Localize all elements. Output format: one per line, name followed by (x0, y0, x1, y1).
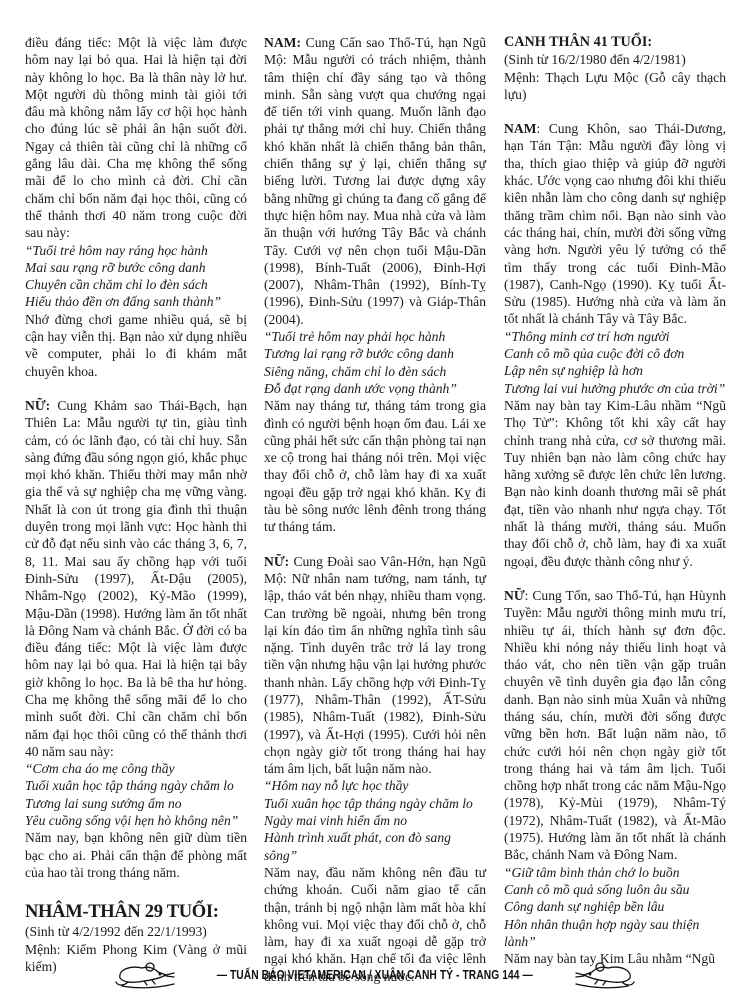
verse-line: Siêng năng, chăm chỉ lo đèn sách (264, 363, 486, 380)
verse-line: Tương lai vui hưởng phước ơn của trời” (504, 380, 726, 397)
verse-line: Hôn nhân thuận hợp ngày sau thiện lành” (504, 916, 726, 951)
verse-line: “Hôm nay nỗ lực học thầy (264, 777, 486, 794)
verse-line: Ngày mai vinh hiển ấm no (264, 812, 486, 829)
nam-label: NAM: (264, 35, 301, 50)
nu-text: Cung Đoài sao Vân-Hớn, hạn Ngũ Mộ: Nữ nh… (264, 554, 486, 777)
verse-line: “Giữ tâm bình thản chớ lo buồn (504, 864, 726, 881)
nam-text: Cung Cấn sao Thổ-Tú, hạn Ngũ Mộ: Mẫu ngư… (264, 35, 486, 327)
section-heading: NHÂM-THÂN 29 TUỔI: (25, 901, 247, 923)
verse-line: Canh cô mồ quả sống luôn âu sầu (504, 881, 726, 898)
nu-text: Cung Khảm sao Thái-Bạch, hạn Thiên La: M… (25, 398, 247, 759)
nu-text: : Cung Tốn, sao Thổ-Tú, hạn Hùynh Tuyền:… (504, 588, 726, 862)
verse-line: Hành trình xuất phát, con đò sang sông” (264, 829, 486, 864)
verse-line: Chuyên cần chăm chỉ lo đèn sách (25, 276, 247, 293)
verse-line: “Tuổi trẻ hôm nay phải học hành (264, 328, 486, 345)
menh-line: Mệnh: Thạch Lựu Mộc (Gỗ cây thạch lựu) (504, 69, 726, 104)
nam-paragraph: NAM: Cung Khôn, sao Thái-Dương, hạn Tán … (504, 120, 726, 328)
verse-line: Công danh sự nghiệp bền lâu (504, 898, 726, 915)
paragraph: Năm nay bàn tay Kim-Lâu nhầm “Ngũ Thọ Tử… (504, 397, 726, 570)
verse-line: Tuổi xuân học tập tháng ngày chăm lo (25, 777, 247, 794)
verse-block: “Tuổi trẻ hôm nay ráng học hành Mai sau … (25, 242, 247, 311)
nam-paragraph: NAM: Cung Cấn sao Thổ-Tú, hạn Ngũ Mộ: Mẫ… (264, 34, 486, 328)
verse-line: Hiếu thảo đền ơn đấng sanh thành” (25, 293, 247, 310)
nu-label: NỮ: (25, 398, 50, 413)
page-footer: — TUẤN BÁO VIETAMERICAN / XUÂN CANH TÝ -… (0, 960, 750, 990)
verse-line: Yêu cuồng sống vội hẹn hò không nên” (25, 812, 247, 829)
section-heading: CANH THÂN 41 TUỔI: (504, 34, 726, 51)
mouse-icon (574, 960, 636, 990)
paragraph: Nhớ đừng chơi game nhiều quá, sẽ bị cận … (25, 311, 247, 380)
nu-paragraph: NỮ: Cung Khảm sao Thái-Bạch, hạn Thiên L… (25, 397, 247, 760)
verse-line: Mai sau rạng rỡ bước công danh (25, 259, 247, 276)
nu-paragraph: NỮ: Cung Tốn, sao Thổ-Tú, hạn Hùynh Tuyề… (504, 587, 726, 864)
verse-line: Tuổi xuân học tập tháng ngày chăm lo (264, 795, 486, 812)
verse-line: Tương lai rạng rỡ bước công danh (264, 345, 486, 362)
nu-label: NỮ: (264, 554, 289, 569)
nam-label: NAM (504, 121, 536, 136)
nam-text: : Cung Khôn, sao Thái-Dương, hạn Tán Tận… (504, 121, 726, 326)
paragraph: Năm nay, bạn không nên giữ dùm tiền bạc … (25, 829, 247, 881)
column-2: NAM: Cung Cấn sao Thổ-Tú, hạn Ngũ Mộ: Mẫ… (264, 34, 486, 985)
paragraph: Năm nay tháng tư, tháng tám trong gia đì… (264, 397, 486, 535)
verse-block: “Giữ tâm bình thản chớ lo buồn Canh cô m… (504, 864, 726, 950)
mouse-icon (114, 960, 176, 990)
verse-line: “Thông minh cơ trí hơn người (504, 328, 726, 345)
verse-block: “Tuổi trẻ hôm nay phải học hành Tương la… (264, 328, 486, 397)
nu-paragraph: NỮ: Cung Đoài sao Vân-Hớn, hạn Ngũ Mộ: N… (264, 553, 486, 778)
verse-line: “Tuổi trẻ hôm nay ráng học hành (25, 242, 247, 259)
verse-line: Canh cô mồ qủa cuộc đời cô đơn (504, 345, 726, 362)
verse-line: Đỗ đạt rạng danh ước vọng thành” (264, 380, 486, 397)
nu-label: NỮ (504, 588, 525, 603)
verse-line: Tương lai sung sướng ấm no (25, 795, 247, 812)
verse-line: Lập nên sự nghiệp là hơn (504, 362, 726, 379)
footer-text: — TUẤN BÁO VIETAMERICAN / XUÂN CANH TÝ -… (217, 968, 533, 982)
verse-block: “Thông minh cơ trí hơn người Canh cô mồ … (504, 328, 726, 397)
column-3: CANH THÂN 41 TUỔI: (Sinh từ 16/2/1980 đế… (504, 34, 726, 967)
intro-paragraph: điều đáng tiếc: Một là việc làm được hôm… (25, 34, 247, 242)
verse-block: “Cơm cha áo mẹ công thầy Tuổi xuân học t… (25, 760, 247, 829)
birth-range: (Sinh từ 4/2/1992 đến 22/1/1993) (25, 923, 247, 940)
verse-line: “Cơm cha áo mẹ công thầy (25, 760, 247, 777)
verse-block: “Hôm nay nỗ lực học thầy Tuổi xuân học t… (264, 777, 486, 863)
column-1: điều đáng tiếc: Một là việc làm được hôm… (25, 34, 247, 975)
birth-range: (Sinh từ 16/2/1980 đến 4/2/1981) (504, 51, 726, 68)
